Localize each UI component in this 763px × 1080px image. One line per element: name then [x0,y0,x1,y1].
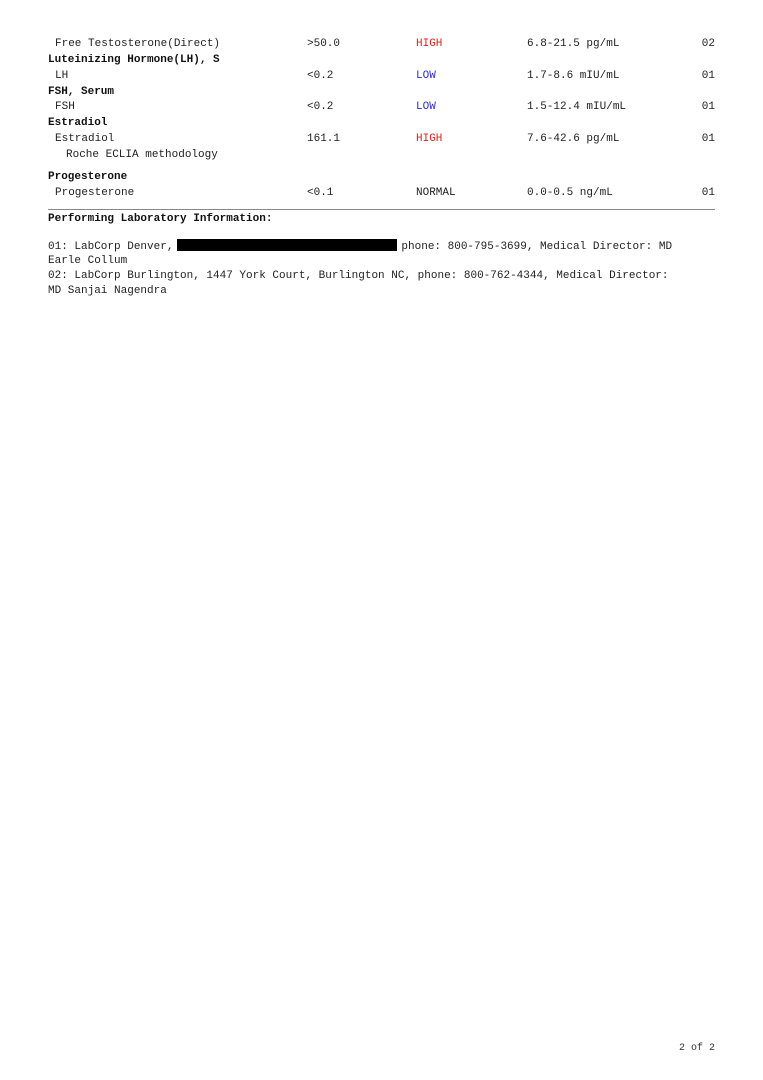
reference-range: 1.5-12.4 mIU/mL [527,99,626,115]
group-name: Estradiol [48,115,107,131]
test-name: Estradiol [55,131,114,147]
result-row: Progesterone<0.1NORMAL0.0-0.5 ng/mL01 [48,185,715,201]
result-flag: HIGH [416,36,442,52]
lab-code: 01 [702,131,715,147]
result-value: <0.2 [307,68,333,84]
lab-code: 01 [702,68,715,84]
result-row: FSH<0.2LOW1.5-12.4 mIU/mL01 [48,99,715,115]
test-group-header: Progesterone [48,169,715,185]
reference-range: 1.7-8.6 mIU/mL [527,68,619,84]
lab-01-prefix: 01: LabCorp Denver, [48,241,173,253]
page-number: 2 of 2 [679,1043,715,1054]
lab-code: 01 [702,185,715,201]
result-value: <0.2 [307,99,333,115]
reference-range: 0.0-0.5 ng/mL [527,185,613,201]
test-note: Roche ECLIA methodology [48,147,715,163]
result-row: LH<0.2LOW1.7-8.6 mIU/mL01 [48,68,715,84]
result-value: <0.1 [307,185,333,201]
result-value: >50.0 [307,36,340,52]
test-group-header: Estradiol [48,115,715,131]
result-value: 161.1 [307,131,340,147]
lab-01-info: 01: LabCorp Denver,phone: 800-795-3699, … [48,239,718,255]
group-name: Progesterone [48,169,127,185]
result-flag: LOW [416,68,436,84]
note-text: Roche ECLIA methodology [66,147,218,163]
redacted-address [177,239,397,251]
test-group-header: FSH, Serum [48,84,715,100]
lab-02-director: MD Sanjai Nagendra [48,284,718,299]
performing-lab-title: Performing Laboratory Information: [48,211,272,227]
result-row: Free Testosterone(Direct)>50.0HIGH6.8-21… [48,36,715,52]
lab-code: 01 [702,99,715,115]
section-divider [48,209,715,210]
reference-range: 6.8-21.5 pg/mL [527,36,619,52]
test-name: Free Testosterone(Direct) [55,36,220,52]
test-name: LH [55,68,68,84]
result-row: Estradiol161.1HIGH7.6-42.6 pg/mL01 [48,131,715,147]
lab-01-director: Earle Collum [48,254,718,269]
reference-range: 7.6-42.6 pg/mL [527,131,619,147]
test-name: FSH [55,99,75,115]
lab-02-info: 02: LabCorp Burlington, 1447 York Court,… [48,269,718,284]
result-flag: NORMAL [416,185,456,201]
lab-code: 02 [702,36,715,52]
group-name: FSH, Serum [48,84,114,100]
test-group-header: Luteinizing Hormone(LH), S [48,52,715,68]
result-flag: LOW [416,99,436,115]
group-name: Luteinizing Hormone(LH), S [48,52,220,68]
result-flag: HIGH [416,131,442,147]
test-name: Progesterone [55,185,134,201]
lab-01-suffix: phone: 800-795-3699, Medical Director: M… [401,241,672,253]
